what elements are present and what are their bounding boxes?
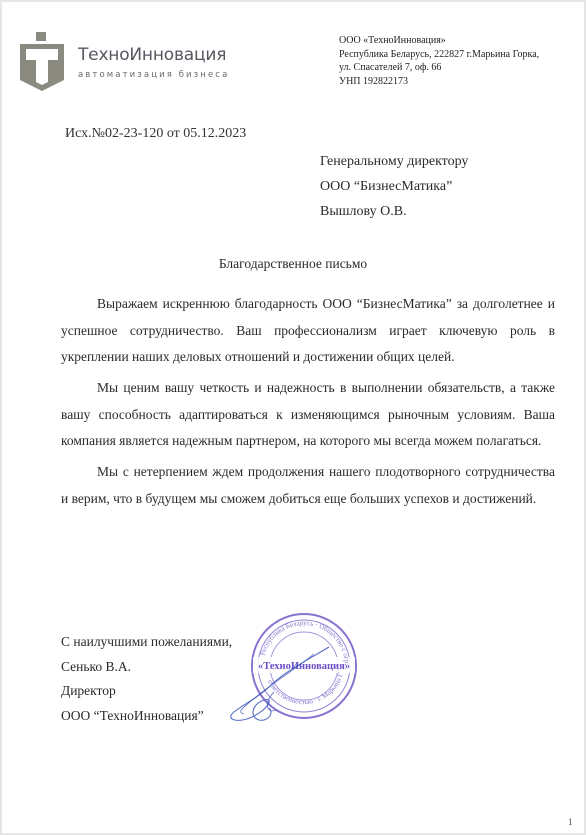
signer-title: Директор [61,679,232,704]
recipient-block: Генеральному директору ООО “БизнесМатика… [320,149,468,224]
sender-company: ООО «ТехноИнновация» [339,34,539,48]
brand-name: ТехноИнновация [78,45,226,65]
sender-address-line2: ул. Спасателей 7, оф. 66 [339,61,539,75]
sender-details: ООО «ТехноИнновация» Республика Беларусь… [339,34,539,88]
body-paragraph: Выражаем искреннюю благодарность ООО “Би… [61,291,555,371]
letter-page: ТехноИнновация автоматизация бизнеса ООО… [2,2,584,833]
brand-tagline: автоматизация бизнеса [78,70,229,80]
recipient-company: ООО “БизнесМатика” [320,174,468,199]
shield-t-logo-icon [18,32,66,92]
sender-unp: УНП 192822173 [339,75,539,89]
signer-company: ООО “ТехноИнновация” [61,704,232,729]
body-paragraph: Мы с нетерпением ждем продолжения нашего… [61,459,555,512]
page-number: 1 [568,817,573,827]
body-paragraph: Мы ценим вашу четкость и надежность в вы… [61,375,555,455]
recipient-position: Генеральному директору [320,149,468,174]
recipient-name: Вышлову О.В. [320,199,468,224]
sender-address-line1: Республика Беларусь, 222827 г.Марьина Го… [339,48,539,62]
closing-block: С наилучшими пожеланиями, Сенько В.А. Ди… [61,630,232,728]
outgoing-reference: Исх.№02-23-120 от 05.12.2023 [65,126,246,142]
letter-title: Благодарственное письмо [2,256,584,272]
closing-regards: С наилучшими пожеланиями, [61,630,232,655]
signer-name: Сенько В.А. [61,655,232,680]
signature-icon [214,642,334,727]
